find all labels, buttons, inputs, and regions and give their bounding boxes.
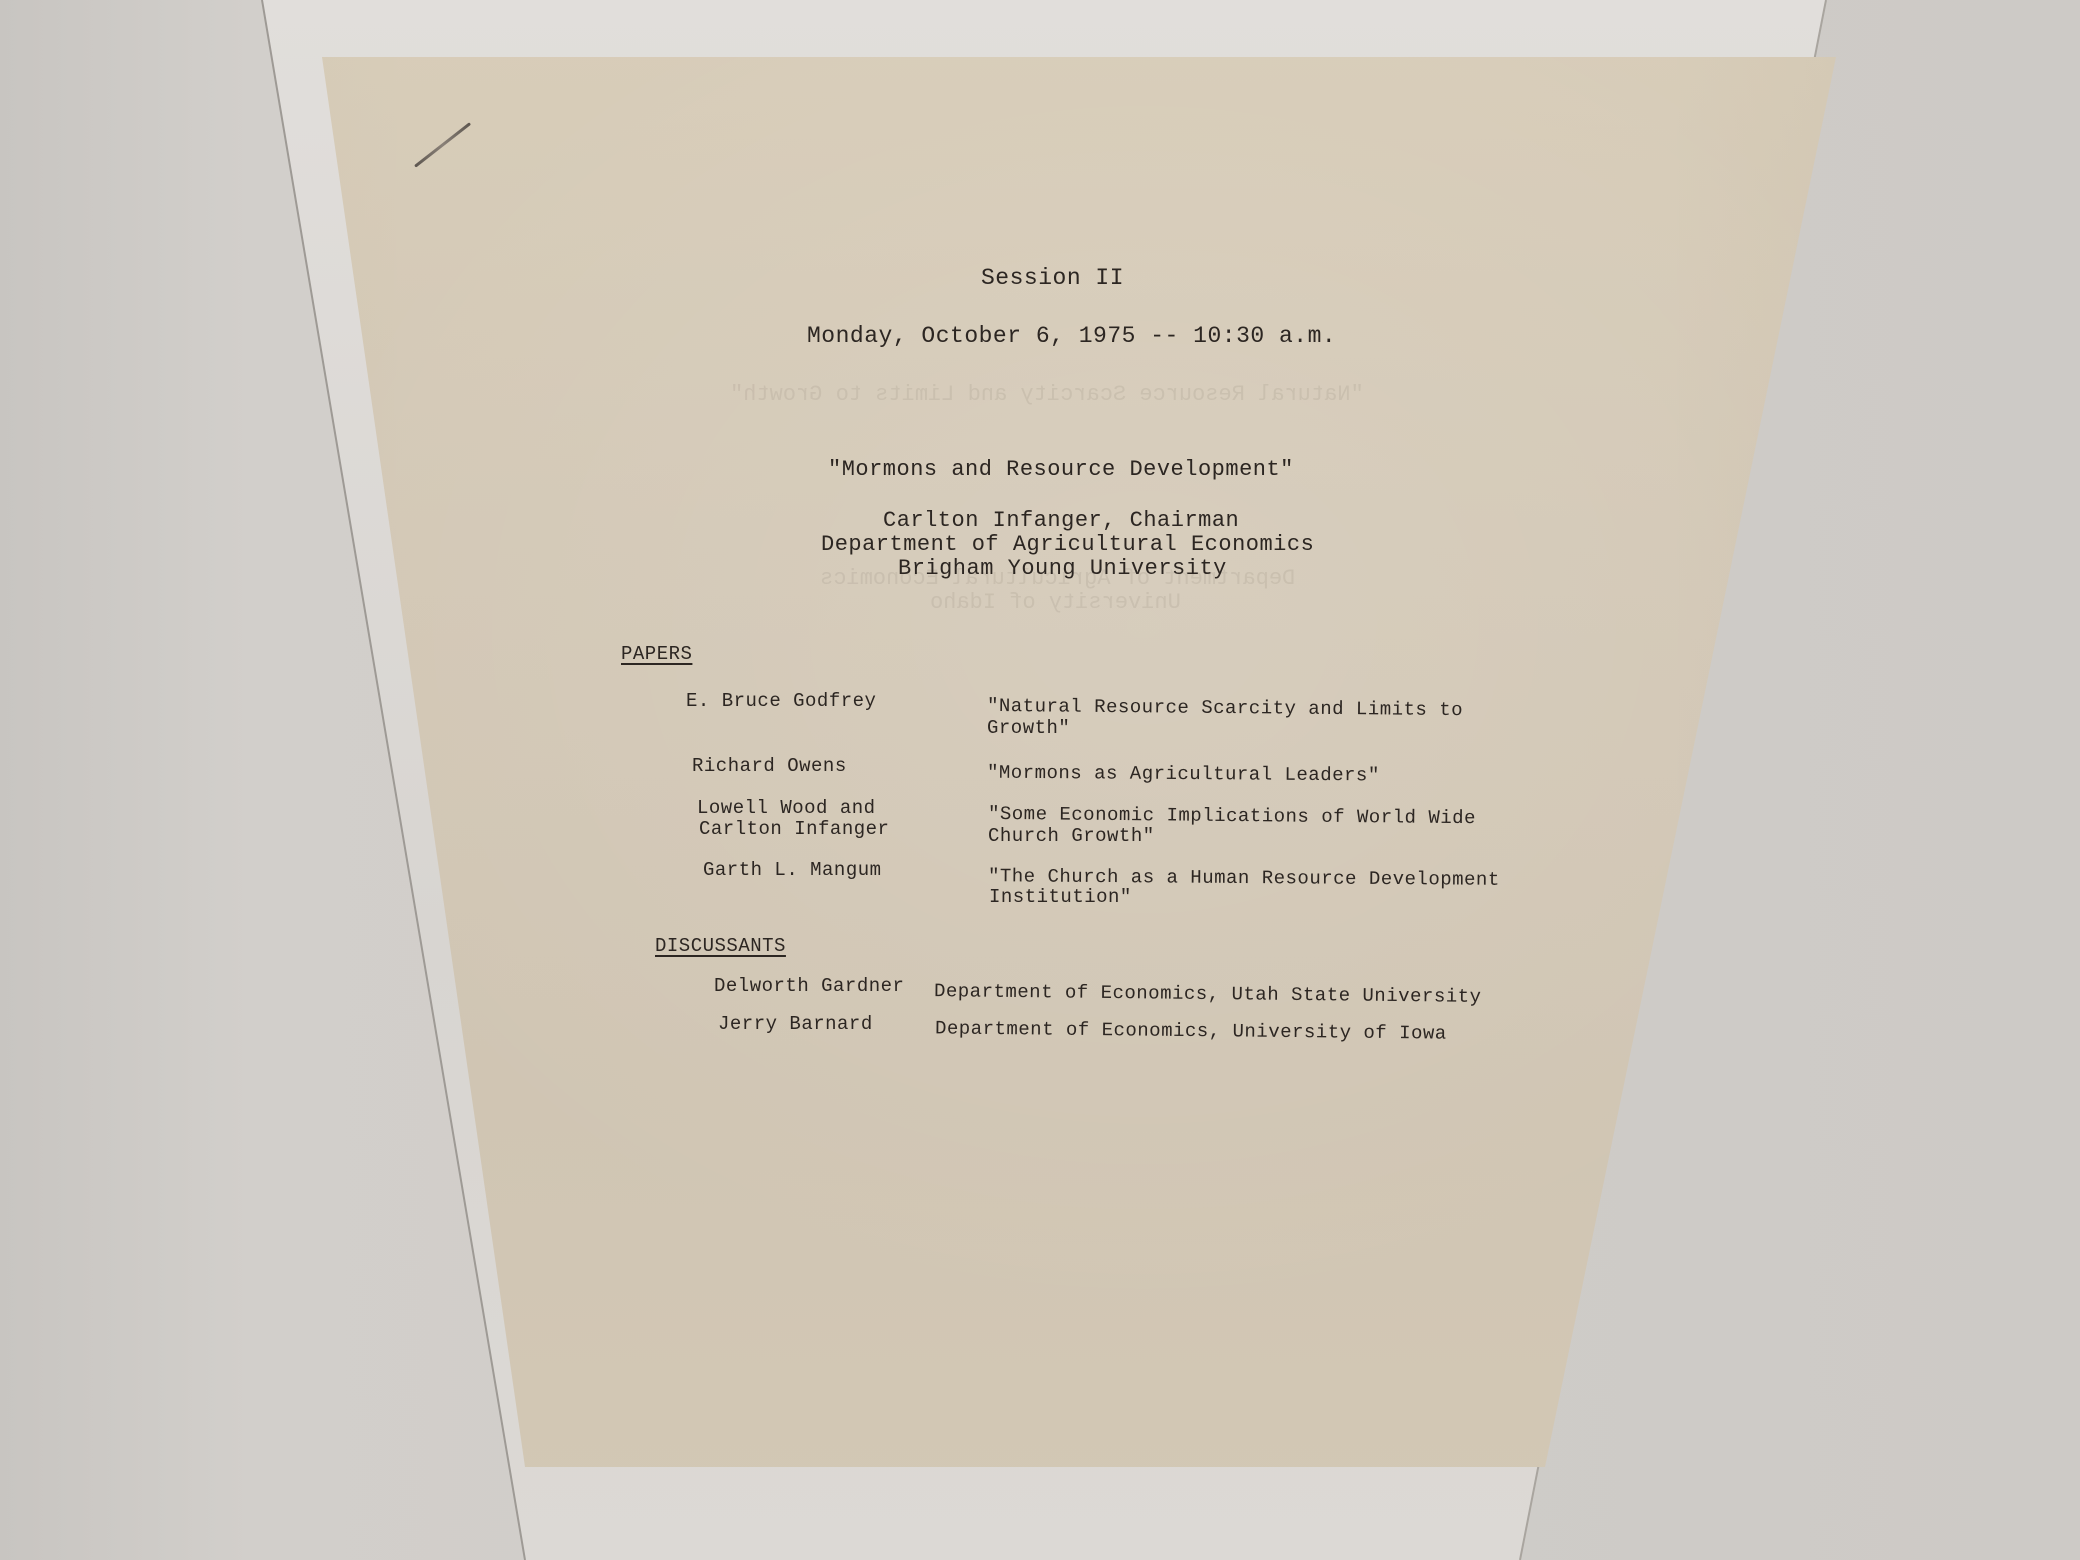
paper-title: "Mormons as Agricultural Leaders" [987,762,1380,787]
discussant-name: Jerry Barnard [718,1013,873,1035]
bleed-through-text: University of Idaho [930,590,1181,615]
papers-heading: PAPERS [621,643,692,665]
paper-author: Lowell Wood and [697,797,876,819]
paper-author: E. Bruce Godfrey [686,690,876,712]
paper-author: Richard Owens [692,755,847,777]
discussants-heading: DISCUSSANTS [655,935,786,957]
paper-title-cont: Growth" [987,717,1070,739]
chair-institution: Brigham Young University [898,556,1227,581]
session-datetime: Monday, October 6, 1975 -- 10:30 a.m. [807,323,1336,349]
discussant-name: Delworth Gardner [714,975,904,997]
paper-author-cont: Carlton Infanger [699,818,889,840]
session-title: "Mormons and Resource Development" [828,457,1294,482]
chair-department: Department of Agricultural Economics [821,532,1314,557]
paper-author: Garth L. Mangum [703,859,882,881]
bleed-through-text: "Natural Resource Scarcity and Limits to… [730,382,1364,407]
session-heading: Session II [981,265,1124,291]
paper-title-cont: Institution" [989,886,1132,908]
chair-name: Carlton Infanger, Chairman [883,508,1239,533]
paper-title-cont: Church Growth" [988,825,1155,847]
